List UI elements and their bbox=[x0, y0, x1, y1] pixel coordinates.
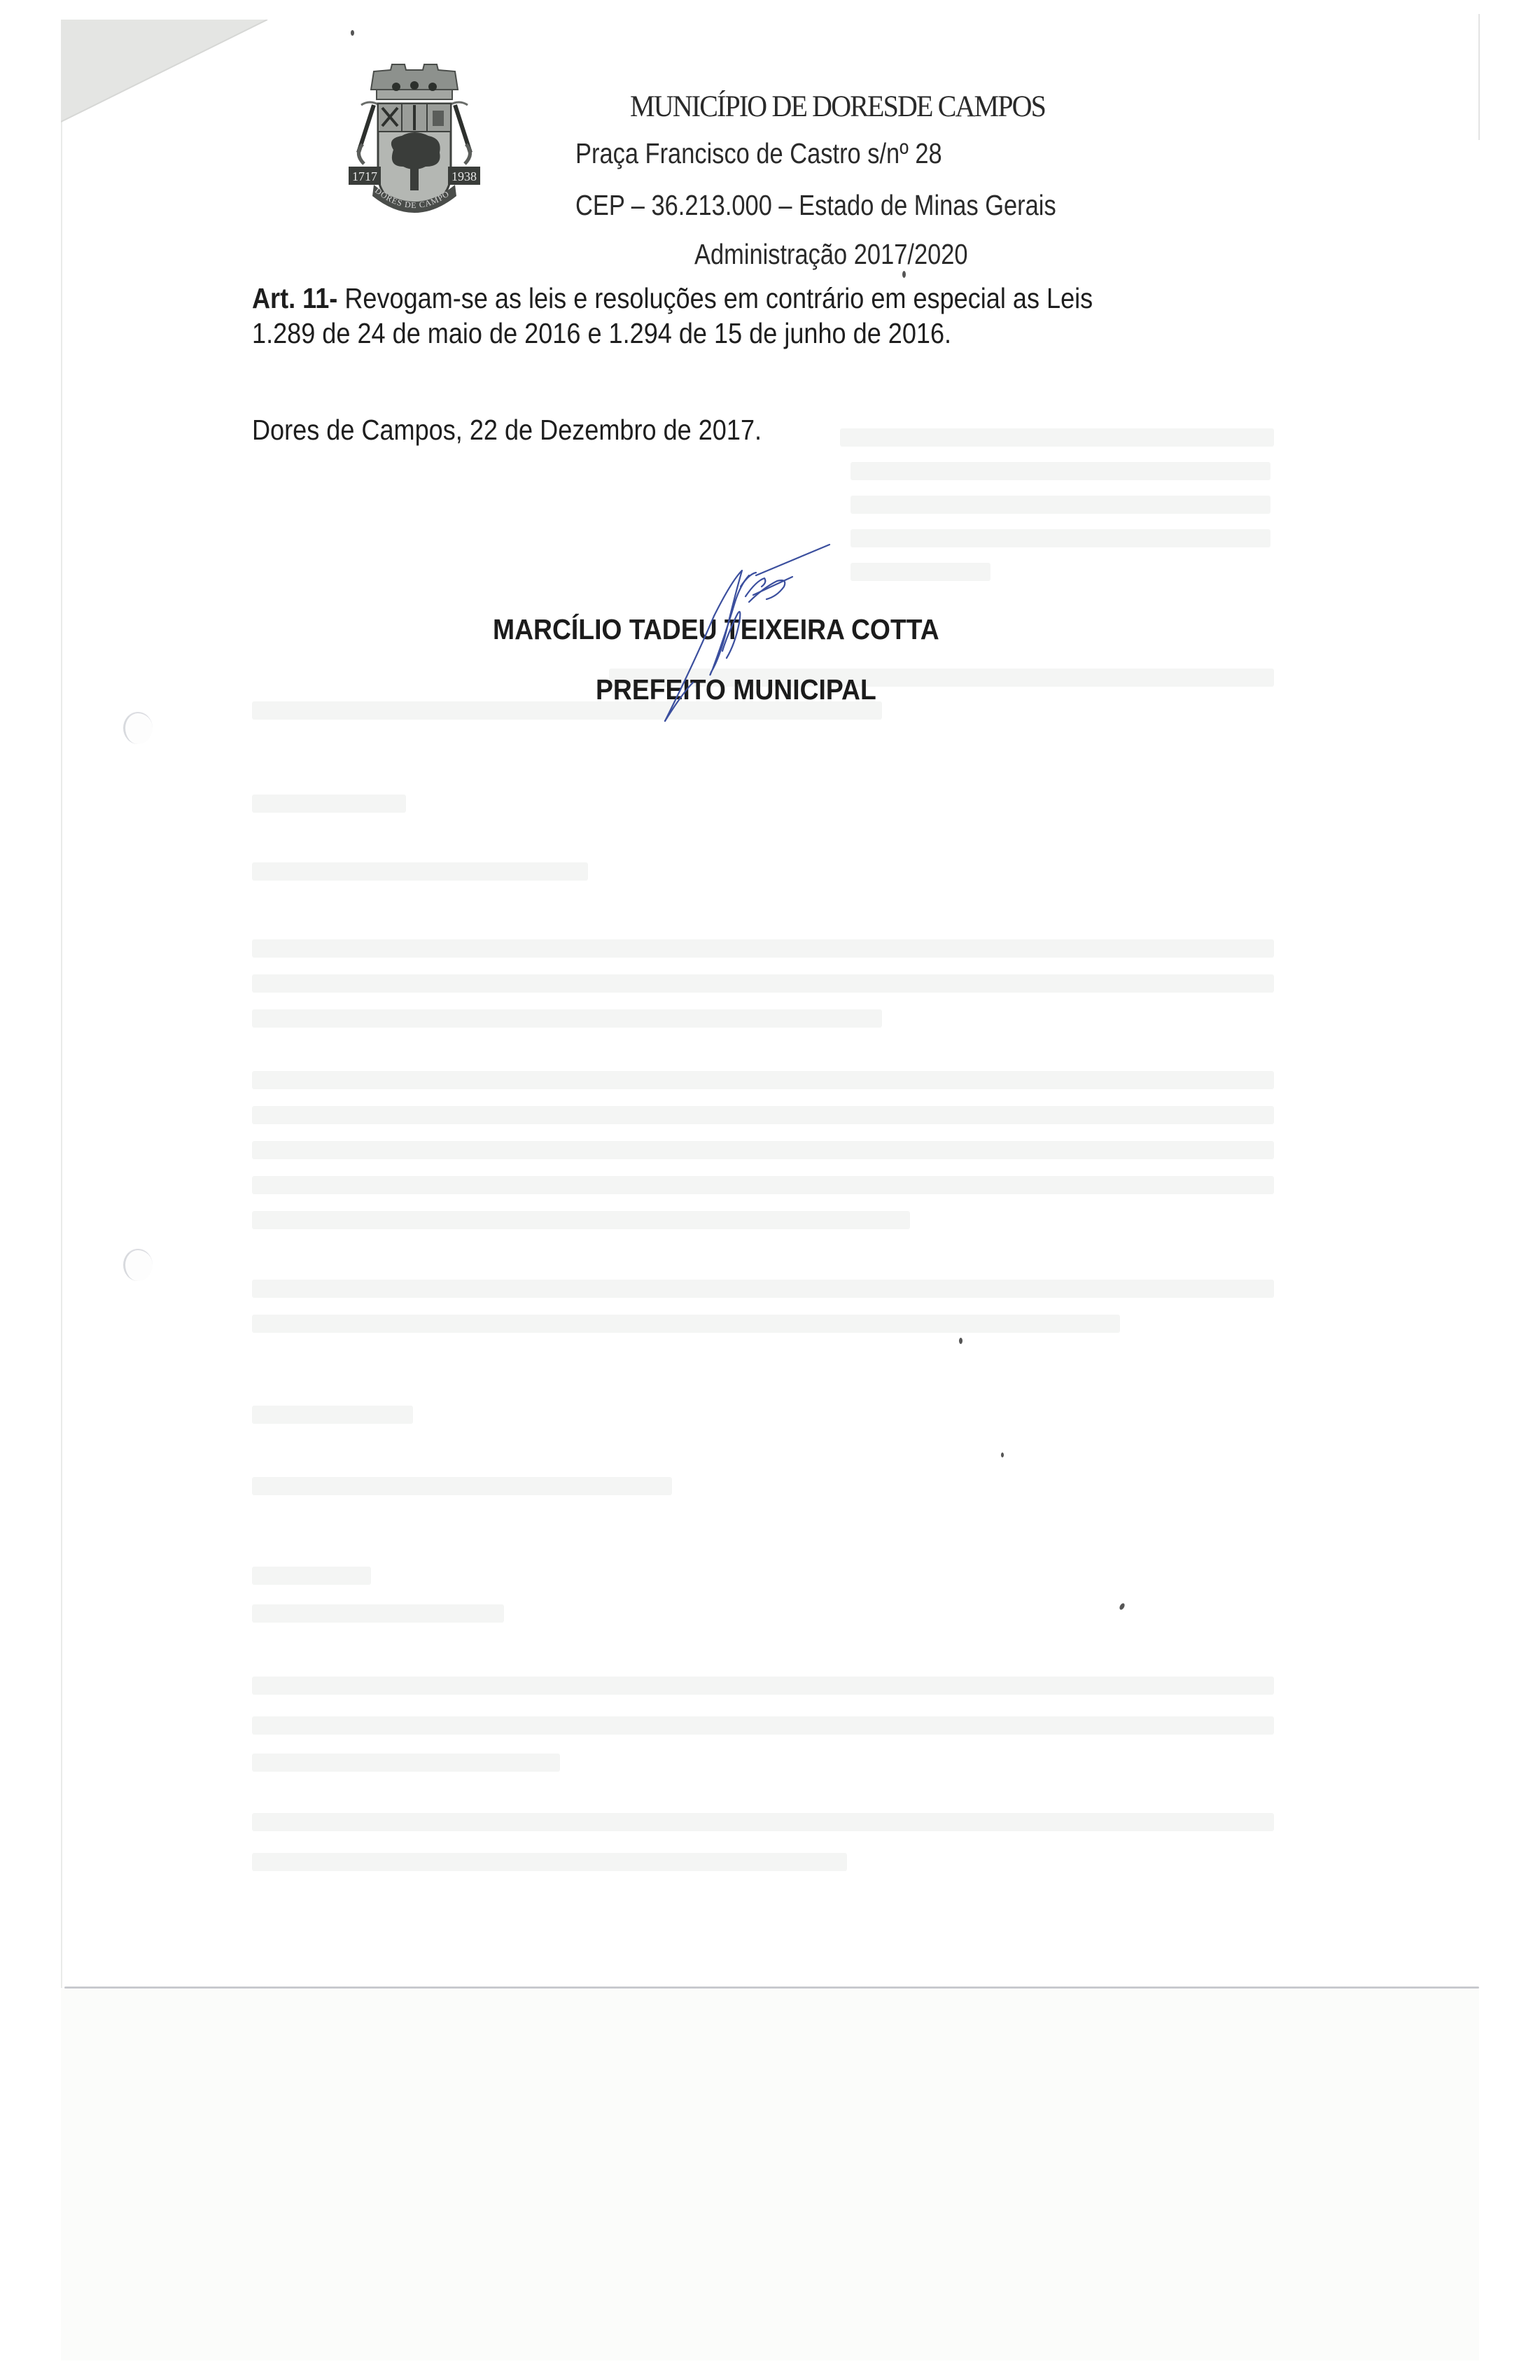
crest-year-right: 1938 bbox=[451, 169, 477, 183]
municipality-title: MUNICÍPIO DE DORESDE CAMPOS bbox=[630, 90, 1045, 124]
punch-hole-top bbox=[123, 712, 153, 744]
article-11-line-2: 1.289 de 24 de maio de 2016 e 1.294 de 1… bbox=[252, 317, 951, 350]
administration-line: Administração 2017/2020 bbox=[694, 238, 968, 271]
municipal-coat-of-arms-icon: 1717 1938 DORES DE CAMPOS bbox=[337, 62, 491, 223]
crest-year-left: 1717 bbox=[352, 169, 377, 183]
scanner-bed-area bbox=[61, 1989, 1479, 2360]
place-and-date: Dores de Campos, 22 de Dezembro de 2017. bbox=[252, 414, 762, 447]
scan-speck bbox=[351, 30, 354, 36]
cep-state-line: CEP – 36.213.000 – Estado de Minas Gerai… bbox=[575, 189, 1056, 222]
page-bottom-edge bbox=[64, 1987, 1479, 1989]
scan-speck bbox=[902, 271, 906, 278]
scan-speck bbox=[1001, 1452, 1004, 1457]
article-11-line-1: Art. 11- Revogam-se as leis e resoluções… bbox=[252, 282, 1093, 315]
article-number: Art. 11- bbox=[252, 282, 337, 314]
folded-corner-icon bbox=[61, 20, 271, 125]
article-text: Revogam-se as leis e resoluções em contr… bbox=[337, 282, 1093, 314]
address-line: Praça Francisco de Castro s/nº 28 bbox=[575, 137, 942, 170]
handwritten-signature-icon bbox=[644, 532, 854, 742]
page-left-edge bbox=[61, 121, 62, 1988]
punch-hole-bottom bbox=[123, 1249, 153, 1281]
scan-speck bbox=[959, 1338, 962, 1344]
page-right-edge bbox=[1478, 14, 1480, 140]
